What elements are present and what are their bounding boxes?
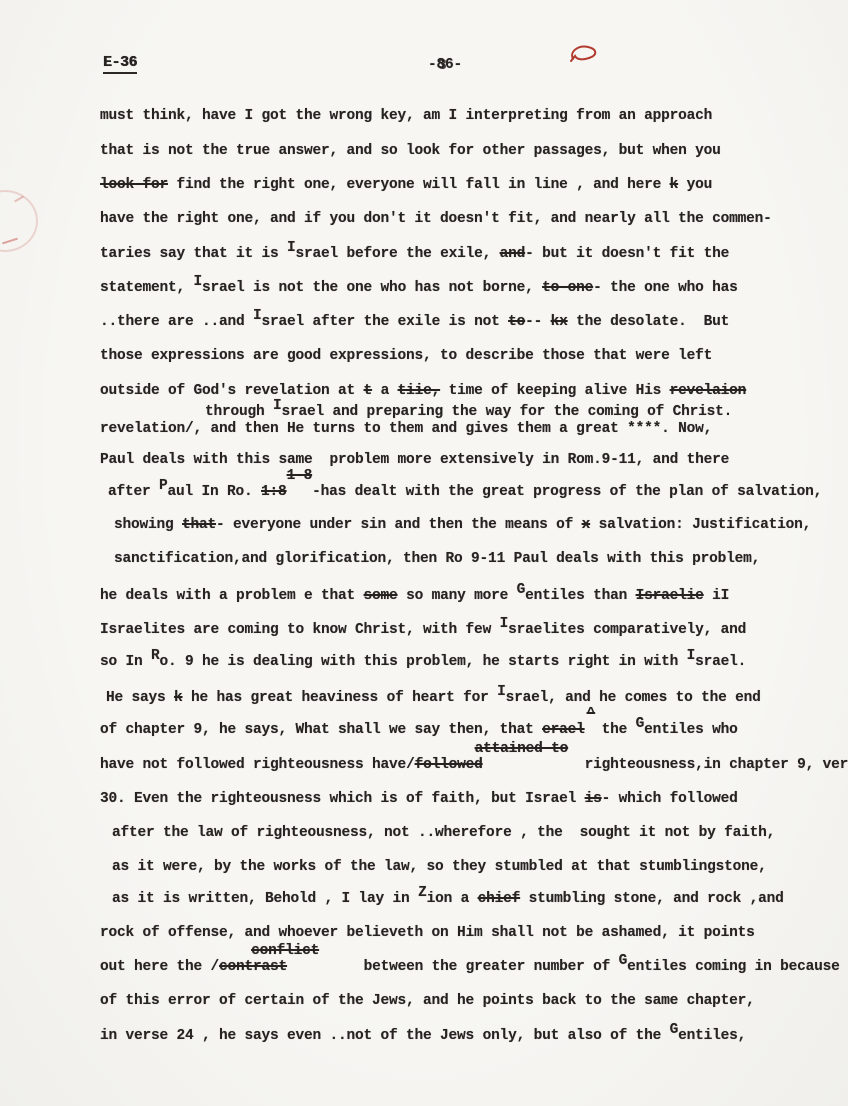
text-line: that is not the true answer, and so look… — [100, 143, 721, 159]
text-segment: of chapter 9, he says, What shall we say… — [100, 722, 542, 738]
page-number-overstrike: 3 — [438, 58, 447, 74]
text-segment: I — [287, 240, 296, 256]
text-segment: o. 9 he is dealing with this problem, he… — [160, 654, 687, 670]
text-segment: / — [211, 959, 220, 975]
struck-text: followedattained to — [415, 757, 577, 773]
text-line: Israelites are coming to know Christ, wi… — [100, 622, 746, 638]
text-segment: I — [273, 398, 282, 414]
text-segment: after the law of righteousness, not ..wh… — [112, 825, 775, 841]
text-segment: righteousness,in chapter 9, verse — [576, 757, 848, 773]
inserted-correction-text: ^ — [587, 706, 596, 722]
struck-text: chief — [478, 891, 521, 907]
text-line: ..there are ..and Israel after the exile… — [100, 314, 729, 330]
text-segment: he has great heaviness of heart for — [183, 690, 498, 706]
text-segment: have not followed righteousness have — [100, 757, 406, 773]
text-line: as it were, by the works of the law, so … — [112, 859, 767, 875]
text-line: have not followed righteousness have/fol… — [100, 757, 848, 773]
text-segment: revelation/, and then He turns to them a… — [100, 421, 712, 437]
text-segment: a — [372, 383, 398, 399]
struck-text: that — [182, 517, 216, 533]
text-segment: entiles than — [525, 588, 636, 604]
struck-text: erael^ — [542, 722, 593, 738]
text-line: 30. Even the righteousness which is of f… — [100, 791, 738, 807]
text-segment: statement, — [100, 280, 194, 296]
text-segment: sanctification,and glorification, then R… — [114, 551, 760, 567]
text-segment: R — [151, 648, 160, 664]
document-id-label: E-36 — [103, 55, 137, 74]
text-segment: iI — [704, 588, 730, 604]
text-line: out here the /contrastconflict between t… — [100, 959, 840, 975]
text-segment: taries say that it is — [100, 246, 287, 262]
text-segment: srael is not the one who has not borne, — [202, 280, 542, 296]
text-segment: so In — [100, 654, 151, 670]
text-line: look-for find the right one, everyone wi… — [100, 177, 712, 193]
text-segment: ..there are ..and — [100, 314, 253, 330]
text-segment: the desolate. But — [568, 314, 730, 330]
text-segment: entiles coming in because — [627, 959, 840, 975]
text-segment: rock of offense, and whoever believeth o… — [100, 925, 755, 941]
text-line: sanctification,and glorification, then R… — [114, 551, 760, 567]
struck-text: Israelie — [636, 588, 704, 604]
struck-text: x — [582, 517, 591, 533]
text-segment: sraelites comparatively, and — [508, 622, 746, 638]
struck-text: to-one — [542, 280, 593, 296]
text-segment: I — [500, 616, 509, 632]
text-segment: as it were, by the works of the law, so … — [112, 859, 767, 875]
text-segment: aul In Ro. — [168, 484, 262, 500]
text-segment: He says — [106, 690, 174, 706]
text-segment: - everyone under sin and then the means … — [216, 517, 582, 533]
text-segment: srael and preparing the way for the comi… — [282, 404, 733, 420]
text-segment: he deals with a problem e that — [100, 588, 364, 604]
text-segment: that is not the true answer, and so look… — [100, 143, 721, 159]
text-line: statement, Israel is not the one who has… — [100, 280, 738, 296]
text-segment: have the right one, and if you don't it … — [100, 211, 772, 227]
text-segment: outside of God's revelation at — [100, 383, 364, 399]
text-line: those expressions are good expressions, … — [100, 348, 712, 364]
text-line: as it is written, Behold , I lay in Zion… — [112, 891, 784, 907]
text-segment: salvation: Justification, — [590, 517, 811, 533]
text-segment: those expressions are good expressions, … — [100, 348, 712, 364]
struck-text: is — [585, 791, 602, 807]
text-line: revelation/, and then He turns to them a… — [100, 421, 712, 437]
text-segment: after — [108, 484, 159, 500]
text-segment: between the greater number of — [355, 959, 619, 975]
text-segment: so many more — [398, 588, 517, 604]
text-segment: of this error of certain of the Jews, an… — [100, 993, 755, 1009]
text-segment: I — [497, 684, 506, 700]
text-line: Paul deals with this same problem more e… — [100, 452, 729, 468]
text-segment: - but it doesn't fit the — [525, 246, 729, 262]
text-segment: entiles who — [644, 722, 738, 738]
text-segment: srael. — [695, 654, 746, 670]
red-pen-mark-icon — [566, 42, 602, 68]
text-segment: - which followed — [602, 791, 738, 807]
inserted-correction-text: attained to — [475, 741, 569, 757]
text-segment: - the one who has — [593, 280, 738, 296]
text-segment: P — [159, 478, 168, 494]
text-line: after Paul In Ro. 1:81-8-has dealt with … — [108, 484, 822, 500]
struck-text: kx — [551, 314, 568, 330]
text-line: must think, have I got the wrong key, am… — [100, 108, 712, 124]
text-segment: srael after the exile is not — [262, 314, 509, 330]
struck-text: t — [364, 383, 373, 399]
text-segment: -- — [525, 314, 551, 330]
text-segment: as it is written, Behold , I lay in — [112, 891, 418, 907]
text-segment: G — [619, 953, 628, 969]
struck-text: k — [174, 690, 183, 706]
text-segment: must think, have I got the wrong key, am… — [100, 108, 712, 124]
page-number: -86-3 — [428, 57, 462, 73]
text-segment: srael before the exile, — [296, 246, 500, 262]
struck-text: 1:81-8 — [261, 484, 312, 500]
text-segment: out here the — [100, 959, 211, 975]
text-segment: I — [253, 308, 262, 324]
text-line: he deals with a problem e that some so m… — [100, 588, 729, 604]
struck-text: look-for — [100, 177, 168, 193]
text-segment: find the right one, everyone will fall i… — [168, 177, 670, 193]
text-segment: G — [670, 1022, 679, 1038]
text-segment: Paul deals with this same problem more e… — [100, 452, 729, 468]
text-segment: ion a — [427, 891, 478, 907]
text-line: showing that- everyone under sin and the… — [114, 517, 811, 533]
text-segment: srael, and he comes to the end — [506, 690, 761, 706]
text-line: so In Ro. 9 he is dealing with this prob… — [100, 654, 746, 670]
text-segment: you — [678, 177, 712, 193]
text-segment: showing — [114, 517, 182, 533]
text-line: outside of God's revelation at t a tiie,… — [100, 383, 746, 399]
text-line: in verse 24 , he says even ..not of the … — [100, 1028, 746, 1044]
struck-text: revelaion — [670, 383, 747, 399]
struck-text: to — [508, 314, 525, 330]
text-segment: I — [687, 648, 696, 664]
text-line: through Israel and preparing the way for… — [205, 404, 732, 420]
text-line: rock of offense, and whoever believeth o… — [100, 925, 755, 941]
text-segment: the — [593, 722, 636, 738]
text-segment: Z — [418, 885, 427, 901]
text-segment: / — [406, 757, 415, 773]
text-segment: time of keeping alive His — [440, 383, 670, 399]
text-line: after the law of righteousness, not ..wh… — [112, 825, 775, 841]
text-segment: through — [205, 404, 273, 420]
struck-text: k — [670, 177, 679, 193]
struck-text: tiie, — [398, 383, 441, 399]
text-segment: G — [517, 582, 526, 598]
struck-text: and — [500, 246, 526, 262]
text-segment: entiles, — [678, 1028, 746, 1044]
text-line: have the right one, and if you don't it … — [100, 211, 772, 227]
text-segment: stumbling stone, and rock ,and — [520, 891, 784, 907]
inserted-correction-text: 1-8 — [287, 468, 313, 484]
text-line: of this error of certain of the Jews, an… — [100, 993, 755, 1009]
text-segment: 30. Even the righteousness which is of f… — [100, 791, 585, 807]
document-page: E-36 -86-3 must think, have I got the wr… — [0, 0, 848, 1106]
text-segment: I — [194, 274, 203, 290]
text-line: taries say that it is Israel before the … — [100, 246, 729, 262]
text-line: of chapter 9, he says, What shall we say… — [100, 722, 738, 738]
text-segment: G — [636, 716, 645, 732]
text-line: He says k he has great heaviness of hear… — [106, 690, 761, 706]
text-segment: in verse 24 , he says even ..not of the … — [100, 1028, 670, 1044]
text-segment: Israelites are coming to know Christ, wi… — [100, 622, 500, 638]
struck-text: some — [364, 588, 398, 604]
text-segment: -has dealt with the great progress of th… — [312, 484, 822, 500]
inserted-correction-text: conflict — [251, 943, 319, 959]
struck-text: contrastconflict — [219, 959, 355, 975]
